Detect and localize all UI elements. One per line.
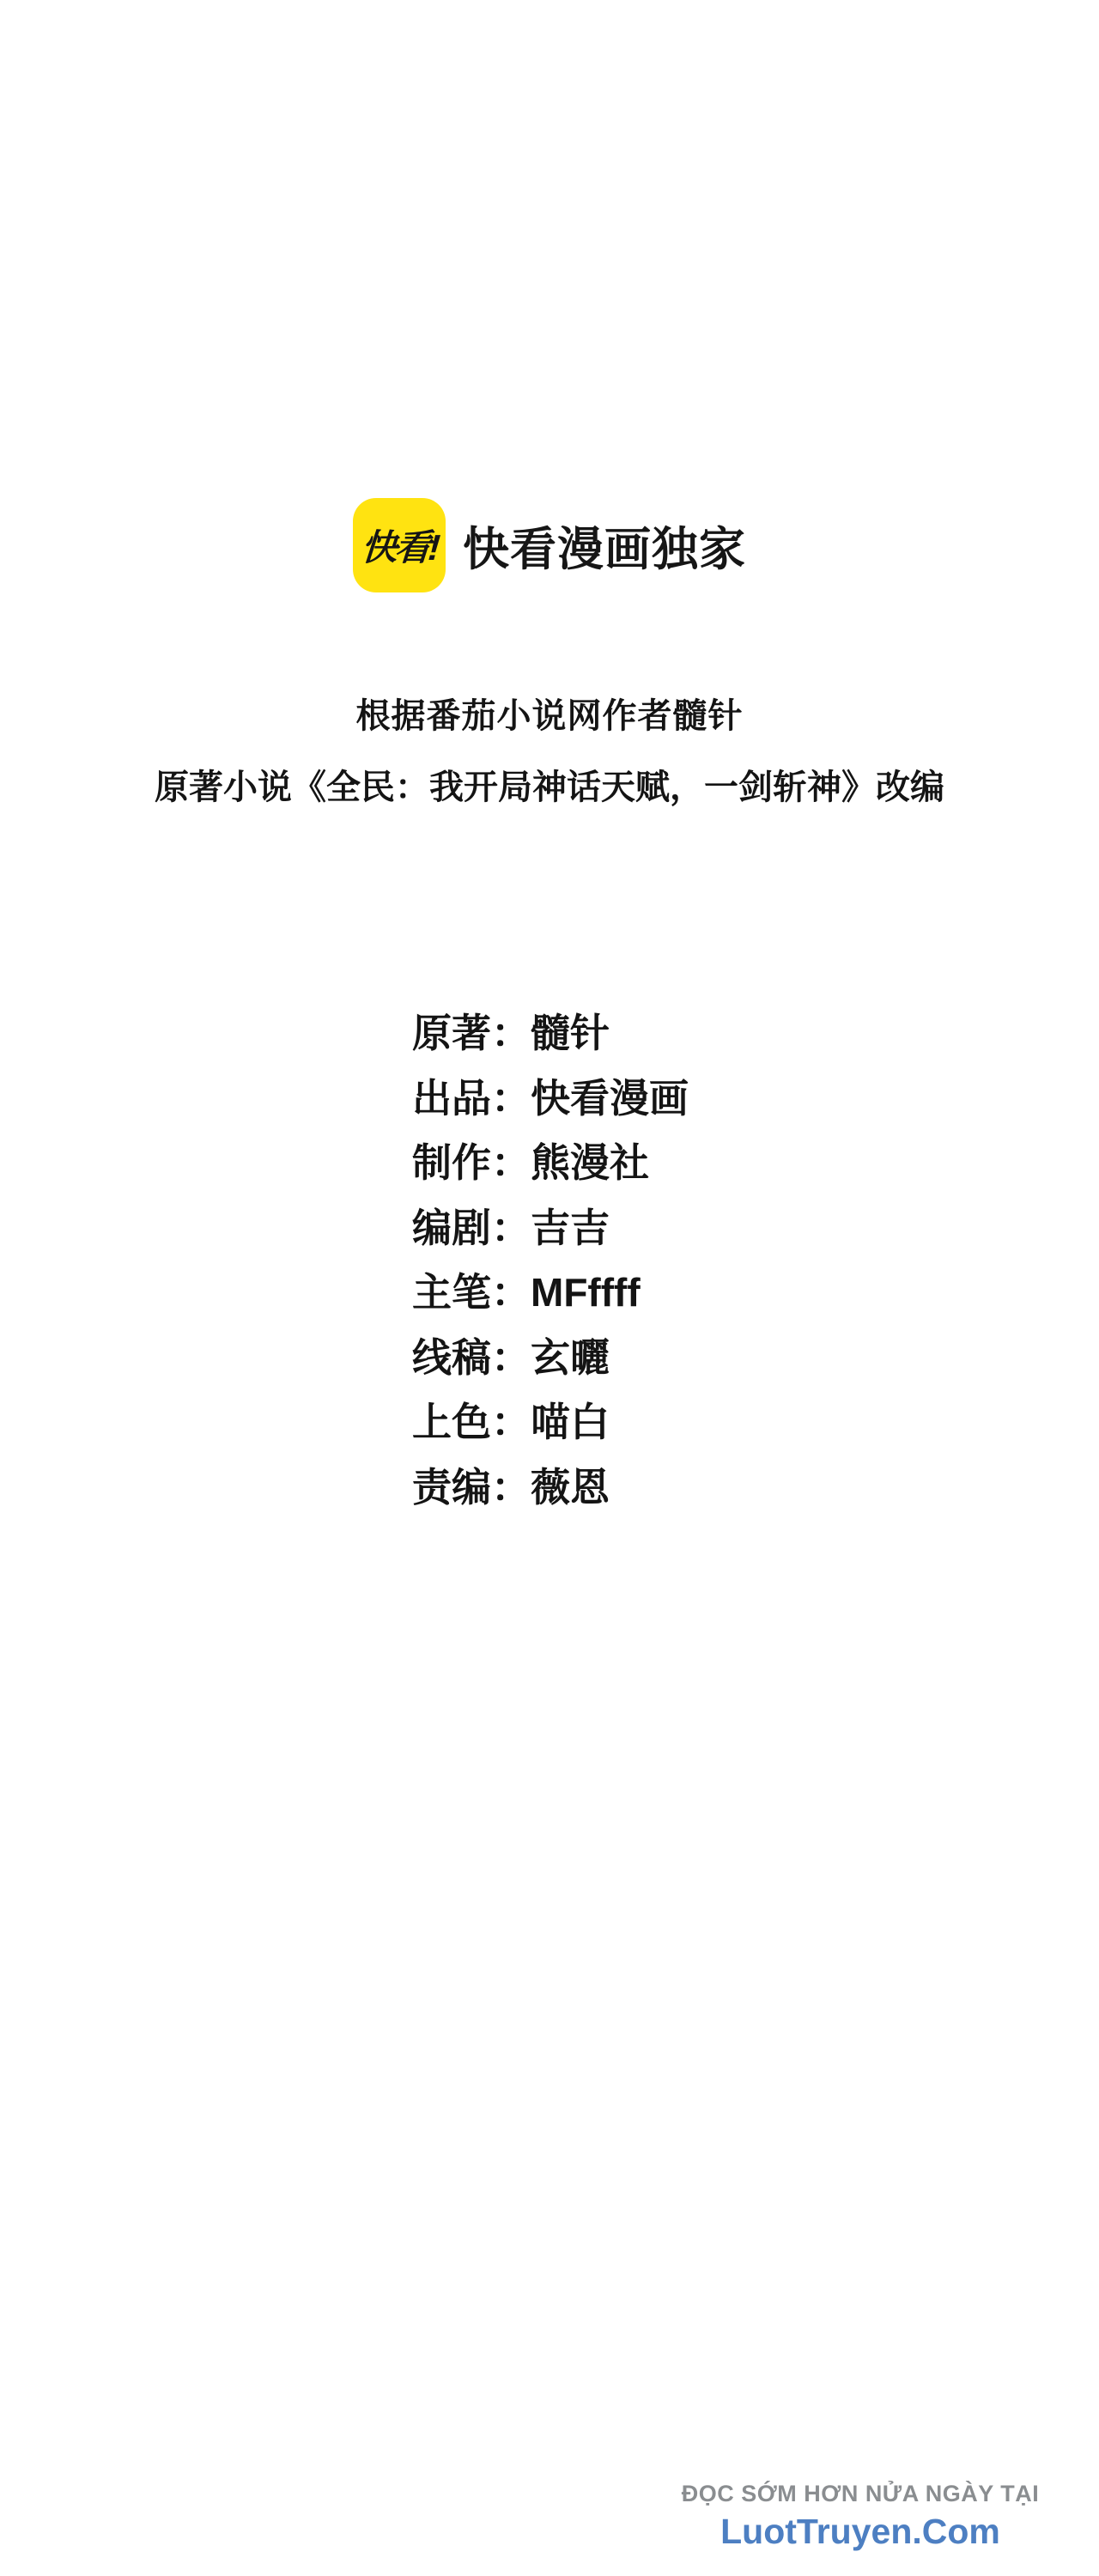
credit-separator: ：: [491, 1400, 531, 1444]
kuaikan-logo-text: 快看!: [359, 519, 439, 571]
credit-label: 线稿: [412, 1335, 491, 1380]
brand-logo-lockup: 快看! 快看漫画独家: [0, 498, 1099, 592]
credit-row-coloring: 上色：喵白: [412, 1400, 689, 1466]
credit-value: 熊漫社: [531, 1140, 649, 1185]
credits-list: 原著：髓针 出品：快看漫画 制作：熊漫社 编剧：吉吉 主笔：MFffff 线稿：…: [412, 1012, 689, 1530]
credit-value: 薇恩: [531, 1465, 610, 1510]
credit-value: 吉吉: [531, 1206, 610, 1250]
credit-separator: ：: [491, 1011, 531, 1055]
credit-label: 编剧: [412, 1206, 491, 1250]
credit-label: 主笔: [412, 1270, 491, 1315]
credit-row-lineart: 线稿：玄曬: [412, 1336, 689, 1401]
credit-row-lead-artist: 主笔：MFffff: [412, 1271, 689, 1336]
adaptation-source-line: 根据番茄小说网作者髓针: [0, 698, 1099, 734]
credit-value: MFffff: [531, 1270, 641, 1315]
credit-separator: ：: [491, 1465, 531, 1510]
kuaikan-logo-icon: 快看!: [353, 498, 446, 592]
credit-row-editor: 责编：薇恩: [412, 1466, 689, 1531]
credit-row-producer: 出品：快看漫画: [412, 1077, 689, 1142]
watermark-site-name: LuotTruyen.Com: [654, 2513, 1066, 2549]
credit-value: 玄曬: [531, 1335, 610, 1380]
credit-separator: ：: [491, 1335, 531, 1380]
credit-row-screenwriter: 编剧：吉吉: [412, 1206, 689, 1272]
credit-separator: ：: [491, 1140, 531, 1185]
credit-separator: ：: [491, 1076, 531, 1121]
watermark-tagline: ĐỌC SỚM HƠN NỬA NGÀY TẠI: [654, 2480, 1066, 2507]
credit-value: 髓针: [531, 1011, 610, 1055]
credit-separator: ：: [491, 1270, 531, 1315]
credit-value: 快看漫画: [531, 1076, 689, 1121]
credit-label: 制作: [412, 1140, 491, 1185]
credit-label: 责编: [412, 1465, 491, 1510]
brand-title: 快看漫画独家: [463, 513, 746, 579]
credit-row-studio: 制作：熊漫社: [412, 1141, 689, 1206]
adaptation-note: 根据番茄小说网作者髓针 原著小说《全民：我开局神话天赋，一剑斩神》改编: [0, 698, 1099, 805]
comic-credits-page: 快看! 快看漫画独家 根据番茄小说网作者髓针 原著小说《全民：我开局神话天赋，一…: [0, 0, 1099, 2576]
credit-value: 喵白: [531, 1400, 610, 1444]
credit-label: 上色: [412, 1400, 491, 1444]
watermark-footer: ĐỌC SỚM HƠN NỬA NGÀY TẠI LuotTruyen.Com: [654, 2480, 1066, 2549]
credit-label: 原著: [412, 1011, 491, 1055]
credit-separator: ：: [491, 1206, 531, 1250]
adaptation-novel-line: 原著小说《全民：我开局神话天赋，一剑斩神》改编: [0, 769, 1099, 805]
credit-row-original-author: 原著：髓针: [412, 1012, 689, 1077]
credit-label: 出品: [412, 1076, 491, 1121]
